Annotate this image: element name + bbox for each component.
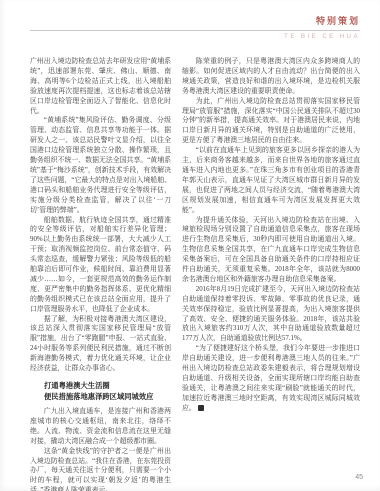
magazine-page: 特别策划 TE BIE CE HUA 广州出入境边防检查总站去年研发应用“黄埔系… xyxy=(0,0,380,491)
section-subheading: 打通粤港澳大生活圈 便民措施落地惠泽跨区域同城效应 xyxy=(44,380,171,402)
subheading-line-1: 打通粤港澳大生活圈 xyxy=(44,380,171,391)
header-rule xyxy=(30,30,360,31)
paragraph: 广九出入境直通车，是连接广州和香港两座城市的核心交通枢纽，南来北往，络绎不绝。人… xyxy=(30,407,171,447)
section-title: 特别策划 xyxy=(30,14,360,30)
section-header: 特别策划 TE BIE CE HUA xyxy=(30,14,360,40)
paragraph: 据了解，为积极对接粤港澳大湾区建设，该总站深入贯彻落实国家移民管理局“放管服”措… xyxy=(30,315,171,374)
section-subtitle-pinyin: TE BIE CE HUA xyxy=(30,34,360,40)
paragraph: 这条“黄金快线”的守护者之一便是广州出入境边防检查总站。“我住在香港，在东莞投资… xyxy=(30,447,171,491)
page-number: 45 xyxy=(355,474,363,481)
paragraph: 为此，广州出入境边防检查总站贯彻落实国家移民管理局“放管服”措施，深化落实“中国… xyxy=(182,97,360,147)
article-column-left: 广州出入境边防检查总站去年研发应用“黄埔系统”，迅速部署东莞、肇庆、佛山、顺德、… xyxy=(30,57,171,491)
paragraph: “黄埔系统”集风险评估、勤务调度、分级管理、动态监管、信息共享等功能于一体。据研… xyxy=(30,116,171,215)
paragraph: 陈荣重的例子，只是粤港澳大湾区内众多跨境商人的缩影。如何促进区域内的人才自由流动… xyxy=(182,57,360,97)
subheading-line-2: 便民措施落地惠泽跨区域同城效应 xyxy=(44,391,171,402)
paragraph: “以前在直通车上见到的旅客更多以回乡探亲的港人为主，后来商务客越来越多，而来自世… xyxy=(182,146,360,215)
article-end-icon xyxy=(198,405,204,411)
paragraph: 船舶数据、航行轨迹全国共享，通过精准的安全等级评估，对船舶实行差异化管理；90%… xyxy=(30,216,171,315)
paragraph-last: “为了便捷建好这个桥头堡，我们今年要进一步推进口岸自助通关建设，进一步便利粤港澳… xyxy=(182,344,360,413)
paragraph-text: “为了便捷建好这个桥头堡，我们今年要进一步推进口岸自助通关建设，进一步便利粤港澳… xyxy=(182,345,360,411)
paragraph: 广州出入境边防检查总站去年研发应用“黄埔系统”，迅速部署东莞、肇庆、佛山、顺德、… xyxy=(30,57,171,116)
article-column-right: 陈荣重的例子，只是粤港澳大湾区内众多跨境商人的缩影。如何促进区域内的人才自由流动… xyxy=(182,57,360,491)
paragraph: 为提升通关体验，天河出入境边防检查站在出境、入境旅检现场分别设置了自助通道信息采… xyxy=(182,216,360,285)
paragraph: 2016年8月19日完成扩建至今，天河出入境边防检查站自助通道保持着零投诉、零故… xyxy=(182,285,360,344)
page-content: 特别策划 TE BIE CE HUA 广州出入境边防检查总站去年研发应用“黄埔系… xyxy=(30,14,360,491)
article-body: 广州出入境边防检查总站去年研发应用“黄埔系统”，迅速部署东莞、肇庆、佛山、顺德、… xyxy=(30,57,360,491)
